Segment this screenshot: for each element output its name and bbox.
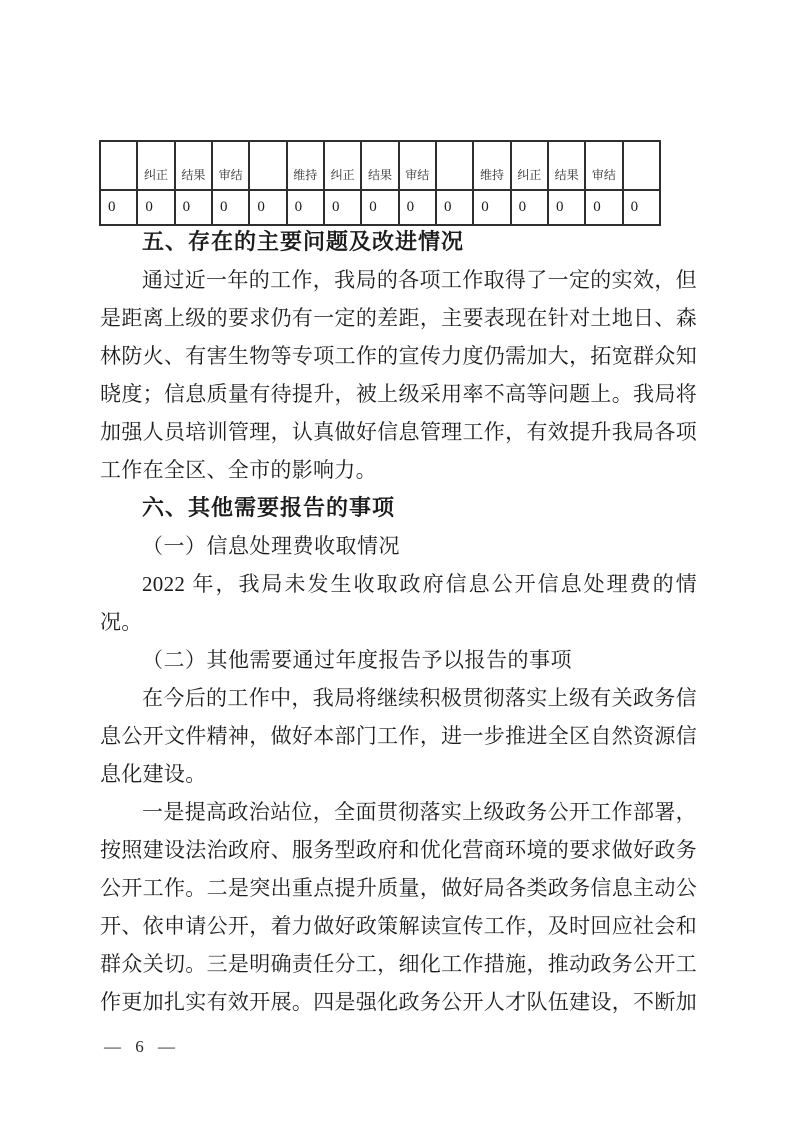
- table-value-cell: 0: [324, 190, 361, 225]
- table-value-cell: 0: [436, 190, 473, 225]
- table-value-cell: 0: [361, 190, 398, 225]
- paragraph-line: 群众关切。三是明确责任分工，细化工作措施，推动政务公开工: [100, 945, 697, 983]
- paragraph-line: 开、依申请公开，着力做好政策解读宣传工作，及时回应社会和: [100, 907, 697, 945]
- table-header-cell: 结果: [361, 141, 398, 190]
- table-value-cell: 0: [473, 190, 510, 225]
- table-header-cell: 结果: [548, 141, 585, 190]
- table-data-row: 0 0 0 0 0 0 0 0 0 0 0 0 0 0 0: [100, 190, 660, 225]
- table-value-cell: 0: [623, 190, 660, 225]
- document-body: 五、存在的主要问题及改进情况 通过近一年的工作，我局的各项工作取得了一定的实效，…: [100, 223, 697, 1021]
- table-value-cell: 0: [399, 190, 436, 225]
- document-page: 纠正 结果 审结 维持 纠正 结果 审结 维持 纠正 结果 审结 0 0 0 0: [0, 0, 793, 1122]
- paragraph-line: 息公开文件精神，做好本部门工作，进一步推进全区自然资源信: [100, 717, 697, 755]
- table-value-cell: 0: [585, 190, 622, 225]
- table-header-cell: [249, 141, 286, 190]
- table-header-cell: 结果: [175, 141, 212, 190]
- table-header-cell: [623, 141, 660, 190]
- table-value-cell: 0: [100, 190, 137, 225]
- review-statistics-table: 纠正 结果 审结 维持 纠正 结果 审结 维持 纠正 结果 审结 0 0 0 0: [99, 140, 661, 226]
- table-value-cell: 0: [548, 190, 585, 225]
- page-number: — 6 —: [104, 1037, 180, 1057]
- table-header-cell: [100, 141, 137, 190]
- table-header-cell: 审结: [399, 141, 436, 190]
- table-header-row: 纠正 结果 审结 维持 纠正 结果 审结 维持 纠正 结果 审结: [100, 141, 660, 190]
- subsection-2-heading: （二）其他需要通过年度报告予以报告的事项: [100, 641, 697, 679]
- statistics-table: 纠正 结果 审结 维持 纠正 结果 审结 维持 纠正 结果 审结 0 0 0 0: [99, 140, 661, 226]
- table-header-cell: 维持: [473, 141, 510, 190]
- table-value-cell: 0: [511, 190, 548, 225]
- table-value-cell: 0: [287, 190, 324, 225]
- paragraph-line: 一是提高政治站位，全面贯彻落实上级政务公开工作部署，: [100, 793, 697, 831]
- table-header-cell: 纠正: [137, 141, 174, 190]
- paragraph-line: 通过近一年的工作，我局的各项工作取得了一定的实效，但: [100, 261, 697, 299]
- table-header-cell: 维持: [287, 141, 324, 190]
- table-value-cell: 0: [137, 190, 174, 225]
- table-header-cell: 纠正: [511, 141, 548, 190]
- paragraph-line: 晓度；信息质量有待提升，被上级采用率不高等问题上。我局将: [100, 375, 697, 413]
- paragraph-line: 在今后的工作中，我局将继续积极贯彻落实上级有关政务信: [100, 679, 697, 717]
- subsection-1-heading: （一）信息处理费收取情况: [100, 527, 697, 565]
- paragraph-line: 工作在全区、全市的影响力。: [100, 451, 697, 489]
- paragraph-line: 林防火、有害生物等专项工作的宣传力度仍需加大，拓宽群众知: [100, 337, 697, 375]
- paragraph-line: 息化建设。: [100, 755, 697, 793]
- section-5-heading: 五、存在的主要问题及改进情况: [100, 223, 697, 261]
- table-header-cell: 纠正: [324, 141, 361, 190]
- paragraph-line: 公开工作。二是突出重点提升质量，做好局各类政务信息主动公: [100, 869, 697, 907]
- table-header-cell: 审结: [212, 141, 249, 190]
- table-header-cell: 审结: [585, 141, 622, 190]
- paragraph-line: 按照建设法治政府、服务型政府和优化营商环境的要求做好政务: [100, 831, 697, 869]
- table-header-cell: [436, 141, 473, 190]
- paragraph-line: 作更加扎实有效开展。四是强化政务公开人才队伍建设，不断加: [100, 983, 697, 1021]
- section-6-heading: 六、其他需要报告的事项: [100, 489, 697, 527]
- table-value-cell: 0: [175, 190, 212, 225]
- table-value-cell: 0: [212, 190, 249, 225]
- table-value-cell: 0: [249, 190, 286, 225]
- paragraph-line: 加强人员培训管理，认真做好信息管理工作，有效提升我局各项: [100, 413, 697, 451]
- paragraph-line: 是距离上级的要求仍有一定的差距，主要表现在针对土地日、森: [100, 299, 697, 337]
- paragraph-line: 2022 年，我局未发生收取政府信息公开信息处理费的情况。: [100, 565, 697, 641]
